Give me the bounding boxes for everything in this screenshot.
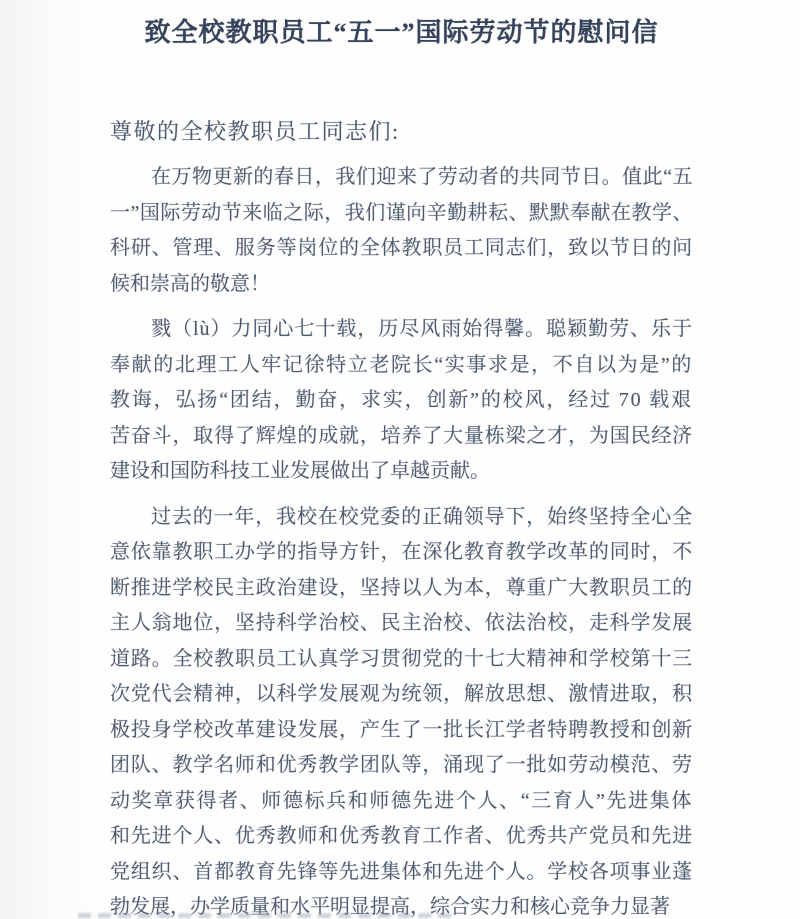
letter-line-text: 极投身学校改革建设发展，产生了一批长江学者特聘教授和创新 <box>110 719 693 741</box>
letter-line: 党组织、首都教育先锋等先进集体和先进个人。学校各项事业蓬 <box>110 855 693 891</box>
paragraph: 过去的一年，我校在校党委的正确领导下，始终坚持全心全意依靠教职工办学的指导方针，… <box>110 500 693 919</box>
scanned-letter-page: 致全校教职员工“五一”国际劳动节的慰问信 尊敬的全校教职员工同志们: 在万物更新… <box>0 0 800 919</box>
letter-line: 过去的一年，我校在校党委的正确领导下，始终坚持全心全 <box>110 500 693 536</box>
letter-line-text: 主人翁地位，坚持科学治校、民主治校、依法治校，走科学发展 <box>110 612 693 634</box>
letter-line-text: 候和崇高的敬意！ <box>110 273 270 295</box>
letter-line: 次党代会精神，以科学发展观为统领，解放思想、激情进取，积 <box>110 677 693 713</box>
letter-line-text: 一”国际劳动节来临之际，我们谨向辛勤耕耘、默默奉献在教学、 <box>110 202 693 224</box>
letter-line-text: 过去的一年，我校在校党委的正确领导下，始终坚持全心全 <box>151 506 693 528</box>
paragraph: 戮（lù）力同心七十载，历尽风雨始得馨。聪颖勤劳、乐于奉献的北理工人牢记徐特立老… <box>110 312 693 490</box>
letter-line: 道路。全校教职员工认真学习贯彻党的十七大精神和学校第十三 <box>110 642 693 678</box>
letter-line: 在万物更新的春日，我们迎来了劳动者的共同节日。值此“五 <box>110 160 693 196</box>
letter-line-text: 道路。全校教职员工认真学习贯彻党的十七大精神和学校第十三 <box>110 648 693 670</box>
letter-line-text: 戮（lù）力同心七十载，历尽风雨始得馨。聪颖勤劳、乐于 <box>151 318 693 340</box>
clipped-next-line-fragment <box>78 913 452 918</box>
letter-title: 致全校教职员工“五一”国际劳动节的慰问信 <box>110 16 693 50</box>
letter-line: 戮（lù）力同心七十载，历尽风雨始得馨。聪颖勤劳、乐于 <box>110 312 693 348</box>
letter-line: 主人翁地位，坚持科学治校、民主治校、依法治校，走科学发展 <box>110 606 693 642</box>
letter-line: 断推进学校民主政治建设，坚持以人为本，尊重广大教职员工的 <box>110 571 693 607</box>
letter-line-text: 奉献的北理工人牢记徐特立老院长“实事求是，不自以为是”的 <box>110 354 693 376</box>
letter-line: 科研、管理、服务等岗位的全体教职员工同志们，致以节日的问 <box>110 231 693 267</box>
letter-line: 奉献的北理工人牢记徐特立老院长“实事求是，不自以为是”的 <box>110 348 693 384</box>
letter-line: 一”国际劳动节来临之际，我们谨向辛勤耕耘、默默奉献在教学、 <box>110 196 693 232</box>
letter-line-text: 意依靠教职工办学的指导方针，在深化教育教学改革的同时，不 <box>110 541 693 563</box>
letter-salutation: 尊敬的全校教职员工同志们: <box>110 114 693 150</box>
letter-line: 建设和国防科技工业发展做出了卓越贡献。 <box>110 454 693 490</box>
letter-line-text: 科研、管理、服务等岗位的全体教职员工同志们，致以节日的问 <box>110 237 693 259</box>
letter-line-text: 建设和国防科技工业发展做出了卓越贡献。 <box>110 460 490 482</box>
paragraph: 在万物更新的春日，我们迎来了劳动者的共同节日。值此“五一”国际劳动节来临之际，我… <box>110 160 693 302</box>
letter-content-column: 致全校教职员工“五一”国际劳动节的慰问信 尊敬的全校教职员工同志们: 在万物更新… <box>110 0 693 919</box>
letter-line: 候和崇高的敬意！ <box>110 267 693 303</box>
letter-line-text: 动奖章获得者、师德标兵和师德先进个人、“三育人”先进集体 <box>110 790 693 812</box>
letter-line-text: 次党代会精神，以科学发展观为统领，解放思想、激情进取，积 <box>110 683 693 705</box>
letter-line: 极投身学校改革建设发展，产生了一批长江学者特聘教授和创新 <box>110 713 693 749</box>
letter-line: 动奖章获得者、师德标兵和师德先进个人、“三育人”先进集体 <box>110 784 693 820</box>
letter-line-text: 在万物更新的春日，我们迎来了劳动者的共同节日。值此“五 <box>151 166 693 188</box>
letter-line-text: 苦奋斗，取得了辉煌的成就，培养了大量栋梁之才，为国民经济 <box>110 425 693 447</box>
letter-line-text: 团队、教学名师和优秀教学团队等，涌现了一批如劳动模范、劳 <box>110 754 693 776</box>
letter-line: 教诲，弘扬“团结，勤奋，求实，创新”的校风，经过 70 载艰 <box>110 383 693 419</box>
letter-line: 团队、教学名师和优秀教学团队等，涌现了一批如劳动模范、劳 <box>110 748 693 784</box>
letter-body: 在万物更新的春日，我们迎来了劳动者的共同节日。值此“五一”国际劳动节来临之际，我… <box>110 160 693 919</box>
letter-line: 苦奋斗，取得了辉煌的成就，培养了大量栋梁之才，为国民经济 <box>110 419 693 455</box>
letter-line-text: 教诲，弘扬“团结，勤奋，求实，创新”的校风，经过 70 载艰 <box>110 389 693 411</box>
letter-line-text: 和先进个人、优秀教师和优秀教育工作者、优秀共产党员和先进 <box>110 825 693 847</box>
letter-line-text: 党组织、首都教育先锋等先进集体和先进个人。学校各项事业蓬 <box>110 861 693 883</box>
letter-line: 意依靠教职工办学的指导方针，在深化教育教学改革的同时，不 <box>110 535 693 571</box>
letter-line-text: 断推进学校民主政治建设，坚持以人为本，尊重广大教职员工的 <box>110 577 693 599</box>
letter-line: 和先进个人、优秀教师和优秀教育工作者、优秀共产党员和先进 <box>110 819 693 855</box>
